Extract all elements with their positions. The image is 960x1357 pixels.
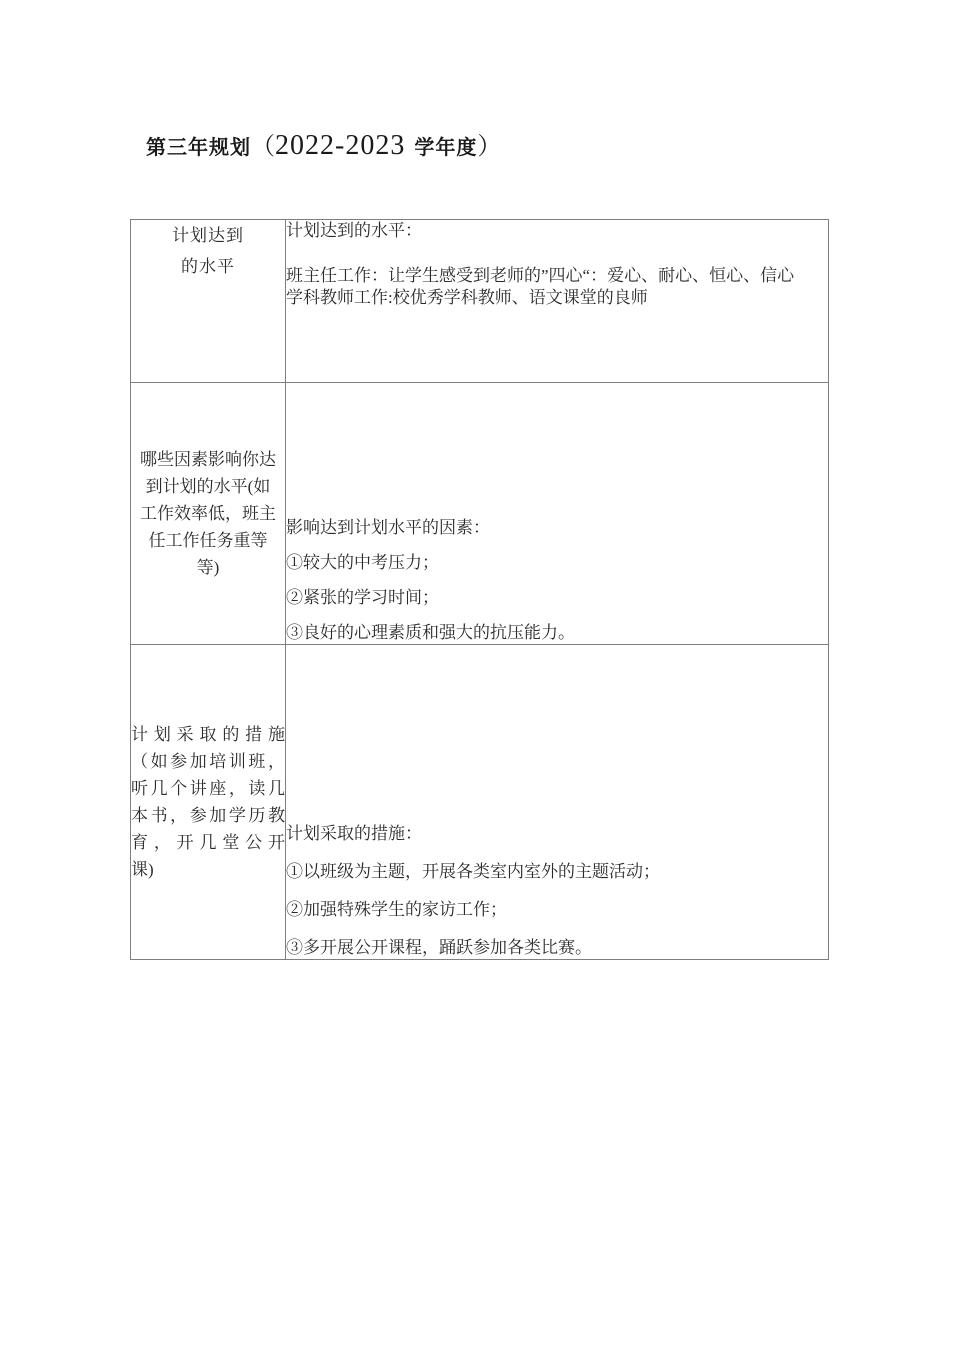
paragraph: ①以班级为主题，开展各类室内室外的主题活动；: [286, 861, 828, 883]
label-line: 育，开几堂公开: [131, 829, 285, 856]
label-line: 等): [131, 554, 285, 581]
title-close-paren: ）: [477, 134, 501, 160]
title-suffix: 学年度: [414, 137, 477, 159]
paragraph: ③良好的心理素质和强大的抗压能力。: [286, 622, 828, 644]
title-open-paren: （: [251, 134, 275, 160]
label-cell-planned-level: 计划达到 的水平: [131, 220, 286, 383]
paragraph: 学科教师工作:校优秀学科教师、语文课堂的良师: [286, 287, 828, 309]
label-line: （如参加培训班，: [131, 748, 285, 775]
paragraph: 计划采取的措施：: [286, 823, 828, 845]
label-line: 计划达到: [131, 220, 285, 251]
title-years: 2022-2023: [275, 130, 405, 161]
label-cell-planned-measures: 计划采取的措施 （如参加培训班， 听几个讲座，读几 本书，参加学历教 育，开几堂…: [131, 645, 286, 960]
plan-table: 计划达到 的水平 计划达到的水平： 班主任工作：让学生感受到老师的”四心“：爱心…: [130, 219, 829, 960]
content-cell-influencing-factors: 影响达到计划水平的因素： ①较大的中考压力； ②紧张的学习时间； ③良好的心理素…: [286, 383, 829, 645]
label-line: 哪些因素影响你达: [131, 446, 285, 473]
label-line: 工作效率低，班主: [131, 500, 285, 527]
label-line: 本书，参加学历教: [131, 802, 285, 829]
label-cell-influencing-factors: 哪些因素影响你达 到计划的水平(如 工作效率低，班主 任工作任务重等 等): [131, 383, 286, 645]
label-line: 课): [131, 856, 285, 883]
label-line: 的水平: [131, 251, 285, 282]
table-row-planned-level: 计划达到 的水平 计划达到的水平： 班主任工作：让学生感受到老师的”四心“：爱心…: [131, 220, 829, 383]
document-page: 第三年规划（2022-2023学年度） 计划达到 的水平 计划达到的水平： 班主…: [0, 0, 960, 1357]
table-row-influencing-factors: 哪些因素影响你达 到计划的水平(如 工作效率低，班主 任工作任务重等 等) 影响…: [131, 383, 829, 645]
paragraph: 班主任工作：让学生感受到老师的”四心“：爱心、耐心、恒心、信心: [286, 265, 828, 287]
table-row-planned-measures: 计划采取的措施 （如参加培训班， 听几个讲座，读几 本书，参加学历教 育，开几堂…: [131, 645, 829, 960]
content-cell-planned-level: 计划达到的水平： 班主任工作：让学生感受到老师的”四心“：爱心、耐心、恒心、信心…: [286, 220, 829, 383]
paragraph: ③多开展公开课程，踊跃参加各类比赛。: [286, 937, 828, 959]
label-line: 计划采取的措施: [131, 721, 285, 748]
label-line: 任工作任务重等: [131, 527, 285, 554]
paragraph: ①较大的中考压力；: [286, 552, 828, 574]
label-line: 到计划的水平(如: [131, 473, 285, 500]
content-cell-planned-measures: 计划采取的措施： ①以班级为主题，开展各类室内室外的主题活动； ②加强特殊学生的…: [286, 645, 829, 960]
paragraph: ②加强特殊学生的家访工作；: [286, 899, 828, 921]
page-title: 第三年规划（2022-2023学年度）: [146, 126, 501, 162]
paragraph: 计划达到的水平：: [286, 220, 828, 242]
label-line: 听几个讲座，读几: [131, 775, 285, 802]
paragraph: ②紧张的学习时间；: [286, 587, 828, 609]
paragraph: 影响达到计划水平的因素：: [286, 517, 828, 539]
title-text: 第三年规划: [146, 137, 251, 159]
